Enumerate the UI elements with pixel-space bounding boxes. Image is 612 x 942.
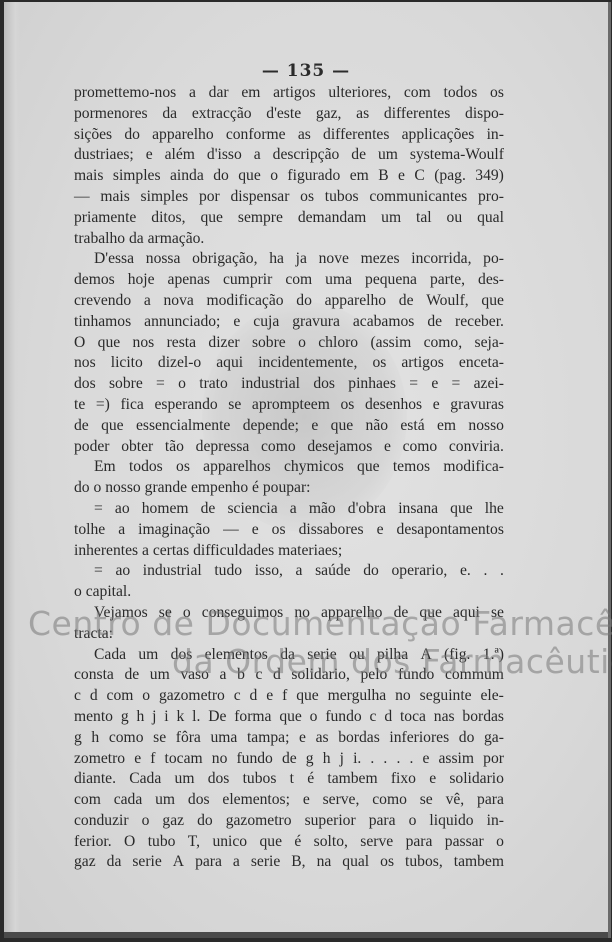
word: obrigação, [192,249,257,270]
text-line: do o nosso grande empenho é poupar: [74,478,504,499]
word: o [409,811,417,832]
scanned-page: — 135 — promettemo-nosadaremartigosulter… [4,2,611,938]
word: do [459,728,475,749]
word: b [237,665,245,686]
word: sempre [238,208,283,229]
page-bottom-edge [4,932,608,938]
word: que [279,707,302,728]
word: — [223,520,239,541]
word: e [146,145,153,166]
word: (pag. [434,166,466,187]
word: homem [142,499,189,520]
word: nos [133,333,155,354]
word: desejamos [307,437,372,458]
word: a [189,83,196,104]
word: receber. [455,312,504,333]
word: nosso [105,478,144,499]
word: na [317,852,332,873]
word: é [252,478,263,499]
word: do [197,811,213,832]
word: mento [74,707,113,728]
word: todos [129,457,163,478]
word: trato [199,374,228,395]
word: esperando [154,395,217,416]
word: vê, [446,790,465,811]
word: h [323,749,331,770]
word: c [74,686,81,707]
word: d [273,665,281,686]
word: se [491,603,504,624]
word: e [252,520,259,541]
word: temos [393,457,430,478]
word: por [483,749,504,770]
word: differentes [323,125,389,146]
word: insana [398,499,438,520]
word: figurado [287,166,340,187]
word: obter [121,437,153,458]
word: . [396,749,400,770]
word: operario, [391,561,447,582]
word: (assim [370,333,411,354]
word: j [152,707,156,728]
word: mais [74,166,103,187]
word: 349) [475,166,504,187]
word: como [372,790,407,811]
word: chymicos [284,457,344,478]
word: de [399,291,414,312]
word: cumprir [223,270,272,291]
word: serie [251,852,280,873]
word: os [380,852,394,873]
word: modificação [207,291,284,312]
word: elementos [205,645,268,666]
word: serve [360,832,393,853]
word: os [490,83,504,104]
word: um [378,145,398,166]
word: = [94,499,103,520]
word: sobre [252,333,286,354]
word: ou [349,645,365,666]
word: no [212,749,228,770]
word: . [383,749,387,770]
word: tal [416,208,432,229]
word: apparelhos [203,457,271,478]
word: depende; [243,416,299,437]
text-line: —maissimplespordispensarostuboscommunica… [74,187,504,208]
text-line: diante.Cadaumdostubostétambemfixoesolida… [74,769,504,790]
word: é [307,769,314,790]
text-line: tinhamosannunciado;ecujagravuraacabamosd… [74,312,504,333]
word: o [270,166,278,187]
word: j [340,749,344,770]
word: inherentes [74,541,142,562]
text-line: promettemo-nosadaremartigosulteriores,co… [74,83,504,104]
body-text: promettemo-nosadaremartigosulteriores,co… [74,83,504,873]
text-line: poderobtertãodepressacomodesejamosecomoc… [74,437,504,458]
word: unico [212,832,247,853]
word: O [74,333,85,354]
word: e [266,686,273,707]
word: . [483,561,487,582]
word: sobre [109,374,143,395]
word: que [357,457,380,478]
word: Cada [129,769,161,790]
word: e [433,395,440,416]
word: fôra [176,728,201,749]
word: c [255,665,262,686]
word: superior [305,811,356,832]
text-line: D'essanossaobrigação,hajanovemezesincorr… [74,249,504,270]
word: fundo [236,749,272,770]
word: modifica- [443,457,504,478]
word: que [98,333,121,354]
word: commum [445,665,504,686]
word: g [121,707,129,728]
word: com [74,790,101,811]
word: mais [100,187,129,208]
word: applicações [402,125,475,146]
word: vaso [180,665,209,686]
word: um [150,665,170,686]
word: as [298,125,311,146]
word: i [164,707,168,728]
word: liquido [429,811,473,832]
word: e [303,790,310,811]
word: a [220,665,227,686]
word: lhe [485,499,504,520]
text-line: pormenoresdaextracçãod'estegaz,asdiffere… [74,104,504,125]
word: crevendo [74,291,131,312]
text-line: gazdaserieAparaaserieB,naqualostubos,tam… [74,852,504,873]
word: bordas [338,728,380,749]
word: difficuldades [193,541,278,562]
word: licito [111,353,143,374]
word: que [450,499,473,520]
text-line: Oquenosrestadizersobreochloro(assimcomo,… [74,333,504,354]
word: da [129,229,148,250]
word: d [90,686,98,707]
word: dos [74,374,96,395]
word: tudo [214,561,242,582]
word: cuja [253,312,279,333]
word: simples [141,187,189,208]
word: serve, [323,790,360,811]
word: elementos; [222,790,290,811]
word: desapontamentos [397,520,504,541]
word: seja- [475,333,504,354]
text-line: =aoindustrialtudoisso,asaúdedooperario,e… [74,561,504,582]
word: a [142,541,153,562]
word: para [477,790,504,811]
word: de [282,749,297,770]
word: além [165,145,195,166]
text-line: inherentes a certas difficuldades materi… [74,541,504,562]
word: da [280,645,295,666]
word: d [384,707,392,728]
word: solidario, [291,665,349,686]
word: B, [291,852,305,873]
word: que [238,166,261,187]
word: k [176,707,184,728]
word: Cada [94,645,126,666]
word: para [195,852,222,873]
word: fixo [391,769,416,790]
word: o [183,603,191,624]
word: parte, [430,270,465,291]
word: pequena [365,270,417,291]
word: as [356,104,369,125]
word: dizel-o [158,353,201,374]
word: A [173,852,184,873]
text-line: zometroeftocamnofundodeghji.....eassimpo… [74,749,504,770]
word: T, [188,832,200,853]
word: com [404,83,431,104]
word: dispensar [231,187,290,208]
text-line: dossobre=otratoindustrialdospinhaes=e=az… [74,374,504,395]
word: empenho [191,478,252,499]
word: te [74,395,85,416]
word: incidentemente, [258,353,357,374]
word: um [381,208,401,229]
text-line: te=)ficaesperandoseaprompteemosdesenhose… [74,395,504,416]
word: — [74,187,90,208]
word: pro- [478,187,504,208]
word: que [331,416,354,437]
word: e [429,769,436,790]
text-line: ghcomosefôraumatampa;easbordasinferiores… [74,728,504,749]
word: tambem [454,852,504,873]
word: consta [74,665,114,686]
word: uma [325,270,352,291]
word: = [94,561,103,582]
word: gazometro [159,686,225,707]
word: o [310,707,318,728]
word: se [228,395,241,416]
word: o [298,333,306,354]
word: saúde [315,561,351,582]
word: C [414,166,424,187]
word: O [124,832,135,853]
word: in- [487,811,504,832]
word: tubos, [405,852,443,873]
word: i. [353,749,361,770]
word: materiaes; [278,541,342,562]
word: que [101,416,124,437]
text-line: trabalho da armação. [74,229,504,250]
word: do [213,166,229,187]
word: se [420,790,433,811]
word: em [241,83,260,104]
word: dos [208,769,230,790]
word: ditos, [151,208,185,229]
word: o [94,478,106,499]
word: sciencia [227,499,277,520]
word: serie [132,852,161,873]
word: cada [114,790,143,811]
word: gaz, [316,104,342,125]
word: nosso [468,416,504,437]
word: o [142,811,150,832]
word: tinhamos [74,312,131,333]
word: para [369,811,396,832]
word: B [378,166,388,187]
word: qual [477,208,504,229]
word: dos [171,645,193,666]
word: nossa [146,249,181,270]
word: com [107,686,134,707]
word: dos [188,790,210,811]
word: a [233,852,240,873]
word: e [311,416,318,437]
text-line: Vejamosseoconseguimosnoapparelhodequeaqu… [74,603,504,624]
word: priamente [74,208,136,229]
word: demos [74,270,115,291]
text-line: dustriaes;ealémd'issoadescripçãodeumsyst… [74,145,504,166]
word: industrial [143,561,202,582]
word: um [175,769,195,790]
text-line: CadaumdoselementosdaserieoupilhaA(fig.1.… [74,645,504,666]
word: dissabores [299,520,364,541]
word: e [377,520,384,541]
word: aprompteem [252,395,330,416]
word: zometro [74,749,125,770]
word: capital. [86,582,131,603]
word: o [142,686,150,707]
word: c [234,686,241,707]
text-line: siçõesdoapparelhoconformeasdifferentesap… [74,125,504,146]
word: nova [163,291,193,312]
word: de [351,145,366,166]
word: resta [167,333,196,354]
word: po- [483,249,504,270]
word: a [290,499,297,520]
word: conforme [226,125,286,146]
word: enceta- [459,353,504,374]
word: para [406,832,433,853]
word: certas [153,541,193,562]
word: o [496,832,504,853]
word: artigos [401,353,443,374]
word: se [159,603,172,624]
word: f [150,749,155,770]
word: ou [447,208,463,229]
word: A [420,645,431,666]
word: com [285,270,312,291]
word: isso, [255,561,283,582]
word: tão [165,437,184,458]
word: communicantes [369,187,467,208]
text-line: crevendoanovamodificaçãodoapparelhodeWou… [74,291,504,312]
word: tubos [243,769,277,790]
word: toca [400,707,426,728]
text-line: conduzirogazdogazometrosuperiorparaoliqu… [74,811,504,832]
word: de [394,603,409,624]
word: o [74,582,86,603]
word: hoje [128,270,155,291]
word: ga- [484,728,504,749]
word: conseguimos [202,603,283,624]
word: serie [307,645,336,666]
word: Woulf, [426,291,469,312]
word: e [233,312,240,333]
word: gazometro [226,811,292,832]
word: tolhe [74,520,105,541]
word: ainda [170,166,204,187]
word: e. [460,561,471,582]
word: . [409,749,413,770]
word: dos [313,374,335,395]
word: do [74,478,94,499]
word: bordas [462,707,504,728]
word: os [340,395,354,416]
word: Em [94,457,116,478]
word: apenas [168,270,210,291]
word: nos [74,353,96,374]
word: promettemo-nos [74,83,176,104]
word: que [259,832,282,853]
word: diante. [74,769,116,790]
word: seguinte [420,686,472,707]
word: d'este [266,104,301,125]
word: poupar: [263,478,311,499]
text-line: comcadaumdoselementos;eserve,comosevê,pa… [74,790,504,811]
word: dispo- [465,104,504,125]
text-line: constadeumvasoabcdsolidario,pelofundocom… [74,665,504,686]
text-line: mentoghjikl.Deformaqueofundocdtocanasbor… [74,707,504,728]
word: os [272,520,286,541]
word: De [208,707,226,728]
word: descripção [273,145,340,166]
word: tocam [165,749,203,770]
word: solto, [314,832,348,853]
text-line: Emtodososapparelhoschymicosquetemosmodif… [74,457,504,478]
word: differentes [384,104,450,125]
word: chloro [318,333,358,354]
word: em [350,166,369,187]
word: artigos [273,83,315,104]
text-line: dequeessencialmentedepende;equenãoestáem… [74,416,504,437]
word: annunciado; [144,312,220,333]
word: como [109,728,144,749]
word: ele- [481,686,504,707]
word: e [134,749,141,770]
word: ja [296,249,307,270]
word: como [403,437,438,458]
word: . [370,749,374,770]
word: poder [74,437,110,458]
word: solidario [449,769,504,790]
word: aqui [216,353,243,374]
word: o [178,374,186,395]
word: gaz [162,811,184,832]
word: =) [96,395,110,416]
word: tubos [325,187,359,208]
word: por [199,187,220,208]
word: apparelho [152,125,213,146]
word: f [282,686,287,707]
word: é [294,832,301,853]
word: simples [113,166,161,187]
word: de [124,665,139,686]
word: c [370,707,377,728]
word: aqui [453,603,480,624]
word: extracção [192,104,252,125]
text-line: maissimplesaindadoqueofiguradoemBeC(pag.… [74,166,504,187]
word: = [156,374,165,395]
text-line: demoshojeapenascumprircomumapequenaparte… [74,270,504,291]
word: da [162,104,177,125]
word: systema-Woulf [410,145,504,166]
